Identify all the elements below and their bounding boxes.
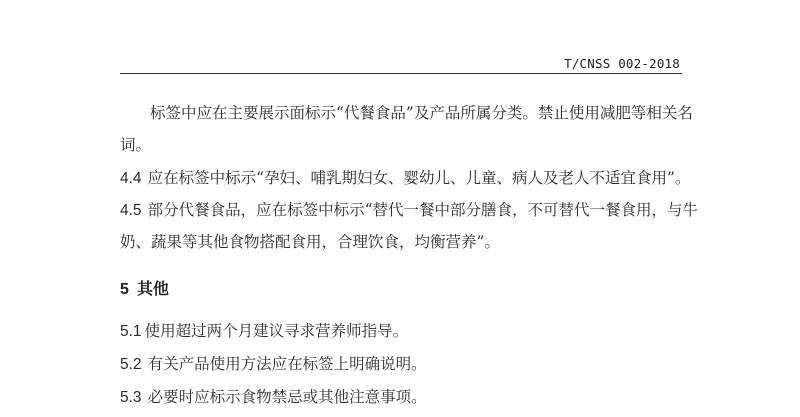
clause-number: 4.4 [120,170,142,187]
clause-5-3: 5.3必要时应标示食物禁忌或其他注意事项。 [120,387,427,408]
clause-number: 5.3 [120,389,142,406]
document-page: T/CNSS 002-2018 标签中应在主要展示面标示“代餐食品”及产品所属分… [0,0,800,417]
clause-4-5-line2: 奶、蔬果等其他食物搭配食用，合理饮食，均衡营养”。 [120,232,680,252]
clause-4-5-line1: 4.5部分代餐食品，应在标签中标示“替代一餐中部分膳食，不可替代一餐食用，与牛 [120,200,680,221]
section-title: 其他 [137,281,169,298]
section-number: 5 [120,281,129,298]
clause-text: 部分代餐食品，应在标签中标示“替代一餐中部分膳食，不可替代一餐食用，与牛 [148,201,698,219]
clause-5-2: 5.2有关产品使用方法应在标签上明确说明。 [120,354,427,375]
clause-number: 5.2 [120,356,142,373]
clause-number: 4.5 [120,202,142,219]
clause-number: 5.1 [120,323,142,340]
paragraph-label-intro-line1: 标签中应在主要展示面标示“代餐食品”及产品所属分类。禁止使用减肥等相关名 [150,103,710,123]
clause-4-4: 4.4应在标签中标示“孕妇、哺乳期妇女、婴幼儿、儿童、病人及老人不适宜食用”。 [120,168,680,189]
clause-text: 使用超过两个月建议寻求营养师指导。 [145,322,409,340]
clause-5-1: 5.1使用超过两个月建议寻求营养师指导。 [120,321,408,342]
clause-text: 必要时应标示食物禁忌或其他注意事项。 [148,388,427,406]
standard-code: T/CNSS 002-2018 [564,56,680,71]
paragraph-label-intro-line2: 词。 [120,135,680,155]
header-rule [120,73,682,74]
section-5-heading: 5其他 [120,280,169,300]
clause-text: 应在标签中标示“孕妇、哺乳期妇女、婴幼儿、儿童、病人及老人不适宜食用”。 [148,169,691,187]
clause-text: 有关产品使用方法应在标签上明确说明。 [148,355,427,373]
